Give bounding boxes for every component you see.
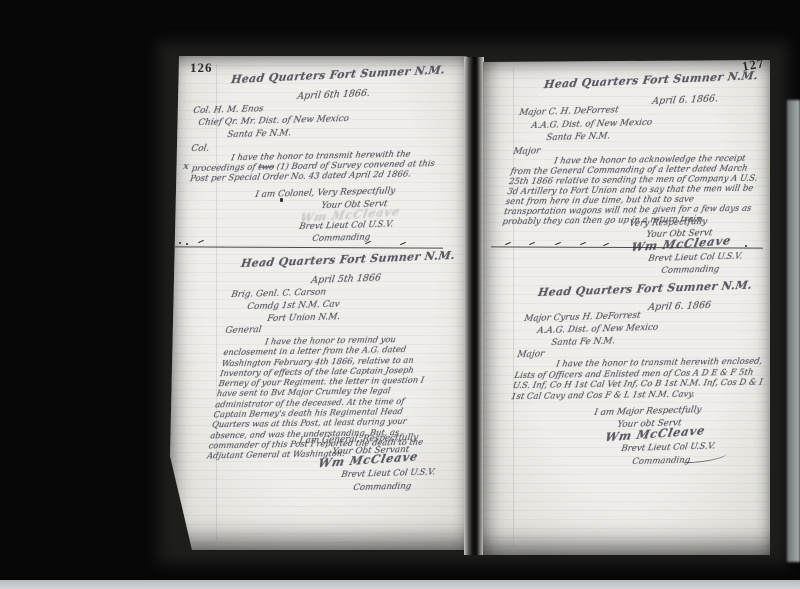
address-line: Col. H. M. Enos xyxy=(193,104,265,116)
letter-heading: Head Quarters Fort Sumner N.M. xyxy=(240,249,456,270)
ink-tick xyxy=(603,243,609,246)
address-line: Major C. H. DeForrest xyxy=(519,105,620,118)
address-line: Comdg 1st N.M. Cav xyxy=(247,299,341,312)
paper-crease xyxy=(513,68,514,547)
address-line: Major Cyrus H. DeForrest xyxy=(524,311,642,324)
signature-title: Brevt Lieut Col U.S.V. xyxy=(341,467,436,480)
signature-title: Commanding xyxy=(661,264,720,276)
letter-body: I have the honor to transmit herewith en… xyxy=(510,357,767,403)
closing-line: Very Respectfully xyxy=(629,217,708,229)
ink-tick xyxy=(580,242,586,245)
ink-tick xyxy=(505,242,511,245)
ink-blot xyxy=(280,198,283,202)
signature-title: Brevt Lieut Col U.S.V. xyxy=(299,219,394,232)
signature-title: Commanding xyxy=(353,481,412,493)
ink-speck xyxy=(745,245,747,247)
address-line: Brig. Genl. C. Carson xyxy=(231,287,327,300)
paper-crease xyxy=(216,64,217,542)
salutation: Col. xyxy=(191,143,211,154)
address-line: Santa Fe N.M. xyxy=(551,336,616,348)
letter-heading: Head Quarters Fort Sumner N.M. xyxy=(543,69,759,91)
letter-body: I have the honor to acknowledge the rece… xyxy=(502,154,762,228)
letter-date: April 5th 1866 xyxy=(310,272,381,286)
letter-body: I have the honor to transmit herewith th… xyxy=(189,149,446,185)
salutation: Major xyxy=(513,146,542,157)
ledger-page-right: 127 Head Quarters Fort Sumner N.M. April… xyxy=(483,60,770,555)
signature-title: Commanding xyxy=(312,232,371,244)
page-number-left: 126 xyxy=(190,60,213,76)
address-line: Chief Qr. Mr. Dist. of New Mexico xyxy=(198,114,350,128)
letter-separator-rule xyxy=(491,246,763,248)
ink-tick xyxy=(400,242,406,245)
ink-tick xyxy=(198,240,204,243)
letter-date: April 6th 1866. xyxy=(297,88,371,102)
letter-date: April 6. 1866 xyxy=(647,300,711,313)
salutation: Major xyxy=(517,349,546,360)
ink-tick xyxy=(555,242,561,245)
address-line: A.A.G. Dist. of New Mexico xyxy=(537,323,659,336)
salutation: General xyxy=(225,325,263,336)
address-line: A.A.G. Dist. of New Mexico xyxy=(531,118,653,131)
letter-heading: Head Quarters Fort Sumner N.M. xyxy=(230,63,446,86)
margin-check-mark: x xyxy=(183,162,190,172)
ink-tick xyxy=(529,242,535,245)
closing-line: I am Major Respectfully xyxy=(594,405,703,418)
ink-speck xyxy=(179,242,181,244)
film-edge-sliver xyxy=(787,100,800,562)
closing-line: I am Colonel, Very Respectfully xyxy=(255,186,396,200)
body-text: I have the honor to transmit herewith en… xyxy=(510,357,763,402)
ink-speck xyxy=(186,243,188,245)
address-line: Santa Fe N.M. xyxy=(546,131,611,143)
signature-title: Brevt Lieut Col U.S.V. xyxy=(648,251,743,264)
letter-date: April 6. 1866. xyxy=(652,93,719,107)
book-gutter xyxy=(464,57,484,555)
address-line: Fort Union N.M. xyxy=(267,312,341,324)
body-text: I have the honor to acknowledge the rece… xyxy=(502,154,758,227)
letter-heading: Head Quarters Fort Sumner N.M. xyxy=(537,279,753,300)
film-bottom-strip xyxy=(0,580,800,589)
address-line: Santa Fe N.M. xyxy=(227,128,292,140)
ledger-page-left: 126 Head Quarters Fort Sumner N.M. April… xyxy=(170,56,467,550)
